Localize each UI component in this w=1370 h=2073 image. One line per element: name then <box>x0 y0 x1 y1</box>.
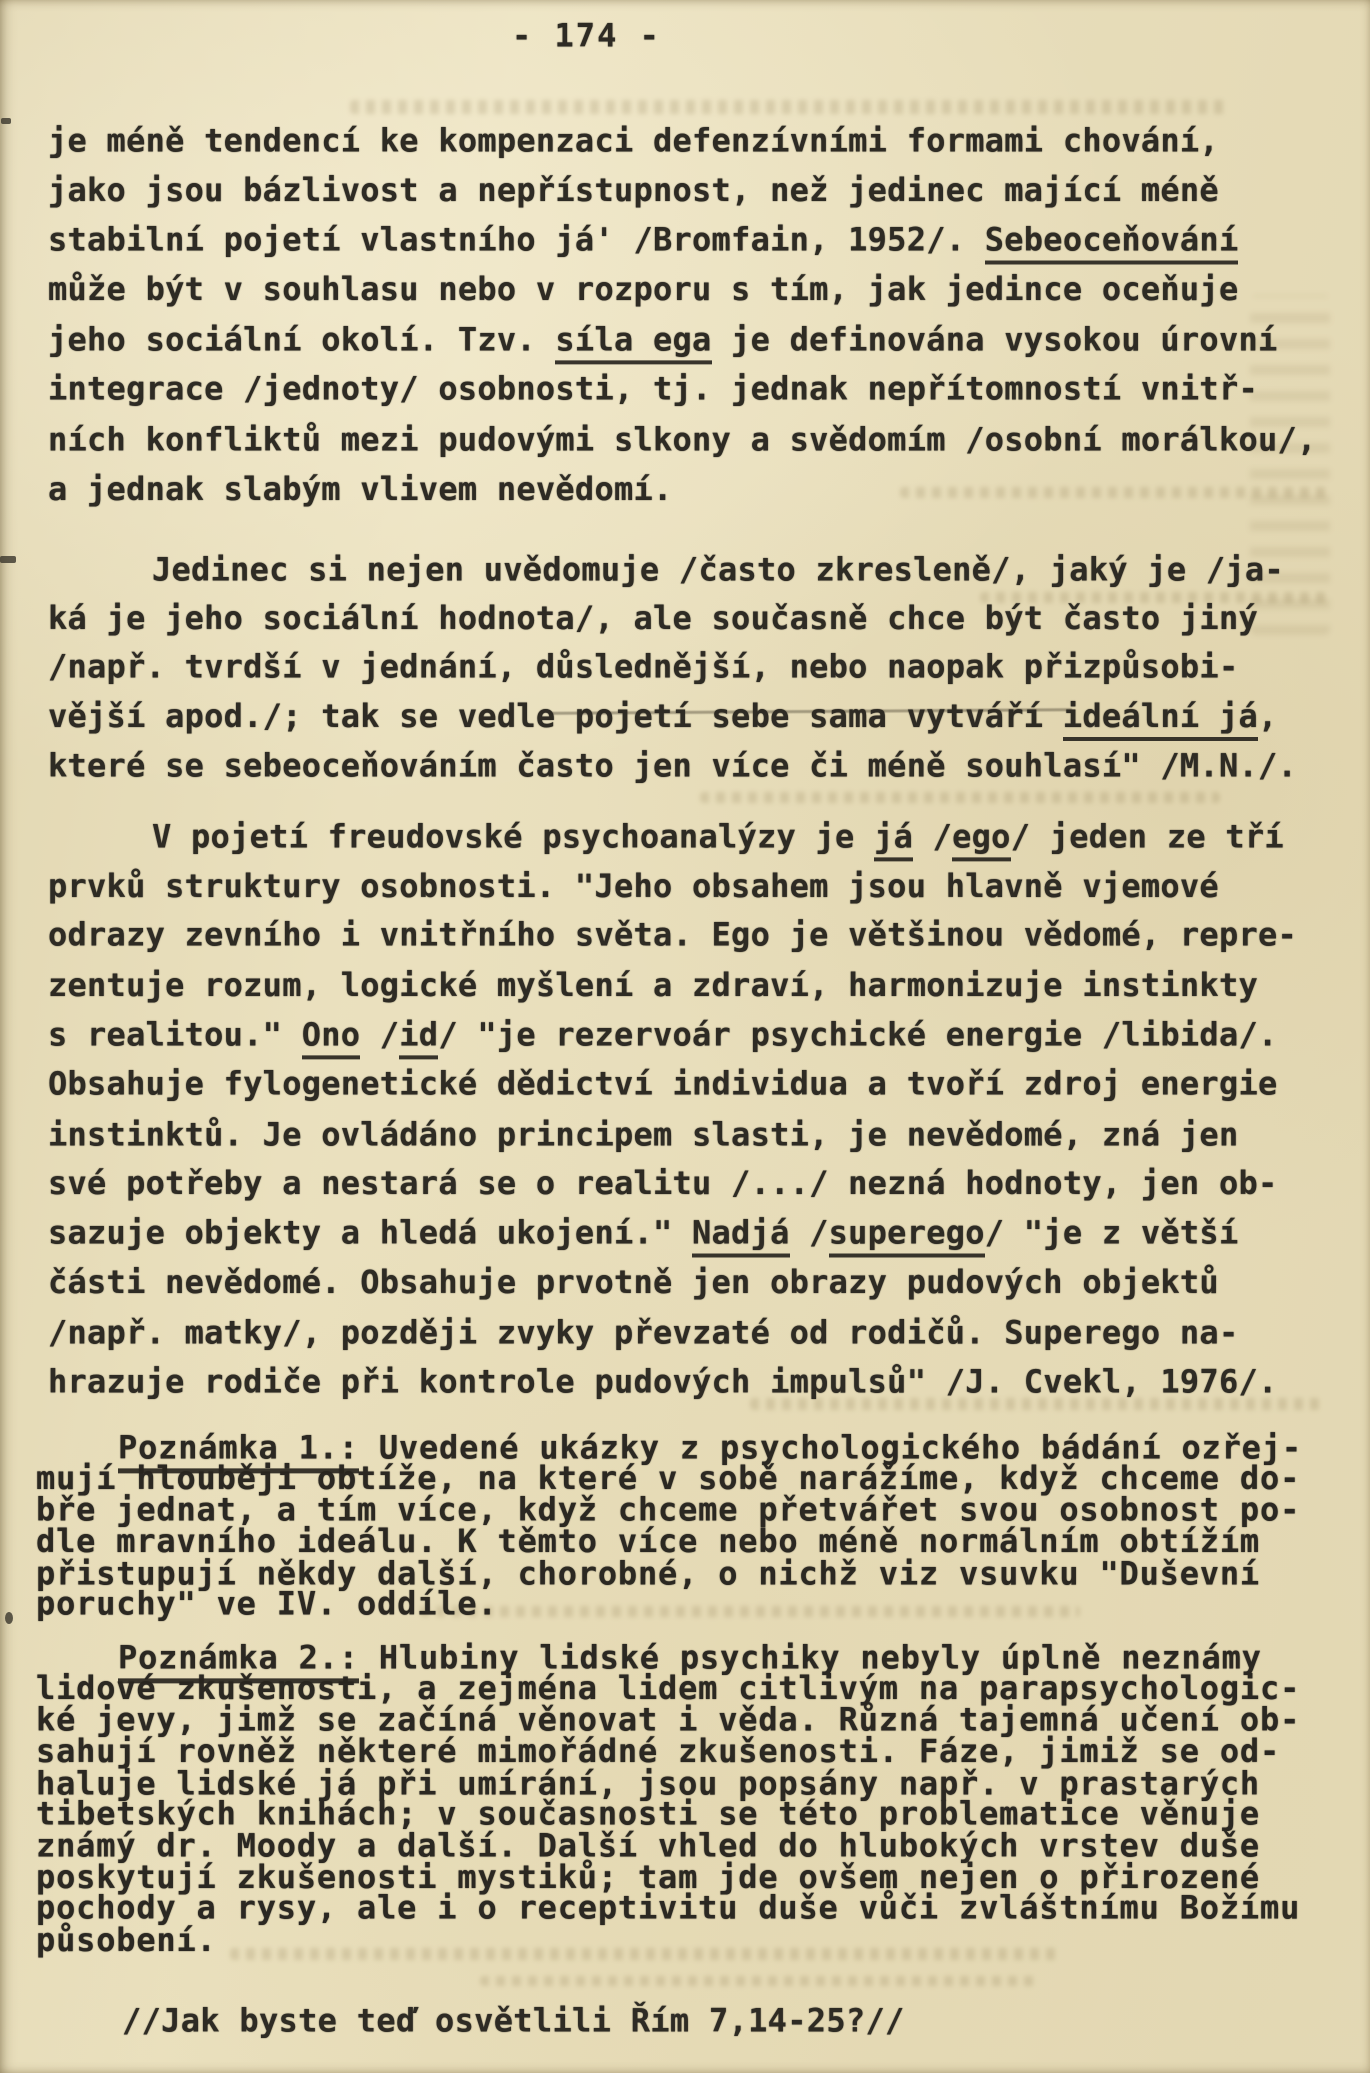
text-line: ních konfliktů mezi pudovými slkony a sv… <box>48 415 1317 465</box>
underlined-term: ideální já <box>1063 697 1258 741</box>
edge-mark <box>5 1612 13 1624</box>
text-line: jako jsou bázlivost a nepřístupnost, než… <box>48 166 1317 216</box>
text-segment: odrazy zevního i vnitřního světa. Ego je… <box>48 916 1297 954</box>
text-segment: známý dr. Moody a další. Další vhled do … <box>36 1827 1260 1865</box>
text-line: a jednak slabým vlivem nevědomí. <box>48 465 1317 515</box>
underlined-term: superego <box>829 1213 985 1257</box>
text-segment: //Jak byste teď osvětlili Řím 7,14-25?// <box>122 2001 905 2039</box>
text-segment: Obsahuje fylogenetické dědictví individu… <box>48 1064 1277 1102</box>
text-line: je méně tendencí ke kompenzaci defenzívn… <box>48 116 1317 166</box>
edge-mark <box>1 118 11 124</box>
text-line: pochody a rysy, ale i o receptivitu duše… <box>36 1893 1300 1924</box>
text-line: působení. <box>36 1925 1300 1956</box>
text-segment: ká je jeho sociální hodnota/, ale součas… <box>48 599 1258 637</box>
text-line: Jedinec si nejen uvědomuje /často zkresl… <box>48 545 1297 594</box>
text-segment: / <box>913 817 952 855</box>
text-segment: jeho sociální okolí. Tzv. <box>48 321 555 359</box>
text-segment: - 174 - <box>512 16 661 54</box>
text-line: dle mravního ideálu. K těmto více nebo m… <box>36 1526 1302 1557</box>
text-line: prvků struktury osobnosti. "Jeho obsahem… <box>48 862 1297 912</box>
paragraph-2: Jedinec si nejen uvědomuje /často zkresl… <box>48 545 1297 790</box>
bleed-through-smudge <box>700 792 1220 803</box>
text-segment: integrace /jednoty/ osobnosti, tj. jedna… <box>48 369 1258 407</box>
text-line: ká je jeho sociální hodnota/, ale součas… <box>48 594 1297 643</box>
text-line: sahují rovněž některé mimořádné zkušenos… <box>36 1736 1300 1767</box>
text-line: poruchy" ve IV. oddíle. <box>36 1589 1302 1620</box>
bleed-through-smudge <box>480 1976 1040 1986</box>
text-segment: může být v souhlasu nebo v rozporu s tím… <box>48 270 1238 308</box>
scanned-document-page: - 174 -je méně tendencí ke kompenzaci de… <box>0 0 1370 2073</box>
text-segment: je definována vysokou úrovní <box>712 321 1278 359</box>
text-segment: V pojetí freudovské psychoanalýzy je <box>152 817 874 855</box>
text-segment: jako jsou bázlivost a nepřístupnost, než… <box>48 171 1219 209</box>
text-segment: poruchy" ve IV. oddíle. <box>36 1585 498 1623</box>
underlined-term: Ono <box>302 1016 361 1060</box>
underlined-term: Sebeoceňování <box>985 220 1239 264</box>
text-line: Poznámka 1.: Uvedené ukázky z psychologi… <box>36 1432 1302 1463</box>
text-segment: hrazuje rodiče při kontrole pudových imp… <box>48 1362 1277 1400</box>
text-line: zentuje rozum, logické myšlení a zdraví,… <box>48 961 1297 1011</box>
text-segment: sazuje objekty a hledá ukojení." <box>48 1213 692 1251</box>
text-segment: bře jednat, a tím více, když chceme přet… <box>36 1490 1300 1528</box>
text-segment: / jeden ze tří <box>1011 817 1284 855</box>
text-line: s realitou." Ono /id/ "je rezervoár psyc… <box>48 1011 1297 1061</box>
text-segment: ních konfliktů mezi pudovými slkony a sv… <box>48 420 1317 458</box>
text-line: Poznámka 2.: Hlubiny lidské psychiky neb… <box>36 1642 1300 1673</box>
paragraph-3: V pojetí freudovské psychoanalýzy je já … <box>48 812 1297 1407</box>
text-line: jeho sociální okolí. Tzv. síla ega je de… <box>48 316 1317 366</box>
bleed-through-smudge <box>350 100 1230 114</box>
text-segment: /např. tvrdší v jednání, důslednější, ne… <box>48 648 1238 686</box>
underlined-term: Nadjá <box>692 1213 790 1257</box>
underlined-term: ego <box>952 817 1011 861</box>
text-segment: pochody a rysy, ale i o receptivitu duše… <box>36 1889 1300 1927</box>
text-segment: stabilní pojetí vlastního já' /Bromfain,… <box>48 220 985 258</box>
text-line: části nevědomé. Obsahuje prvotně jen obr… <box>48 1258 1297 1308</box>
note-2: Poznámka 2.: Hlubiny lidské psychiky neb… <box>36 1642 1300 1956</box>
text-line: stabilní pojetí vlastního já' /Bromfain,… <box>48 215 1317 265</box>
text-segment: instinktů. Je ovládáno principem slasti,… <box>48 1115 1238 1153</box>
text-segment: ké jevy, jimž se začíná věnovat i věda. … <box>36 1700 1300 1738</box>
text-segment: / "je rezervoár psychické energie /libid… <box>438 1016 1277 1054</box>
text-segment: / <box>790 1213 829 1251</box>
text-segment: prvků struktury osobnosti. "Jeho obsahem… <box>48 867 1219 905</box>
text-line: Obsahuje fylogenetické dědictví individu… <box>48 1059 1297 1109</box>
text-line: V pojetí freudovské psychoanalýzy je já … <box>48 812 1297 862</box>
text-segment: , <box>1258 697 1278 735</box>
underlined-term: Poznámka 2.: <box>118 1638 359 1683</box>
text-line: tibetských knihách; v současnosti se tét… <box>36 1799 1300 1830</box>
underlined-term: Poznámka 1.: <box>118 1428 359 1473</box>
text-segment: které se sebeoceňováním často jen více č… <box>48 746 1297 784</box>
text-line: /např. tvrdší v jednání, důslednější, ne… <box>48 643 1297 692</box>
text-line: integrace /jednoty/ osobnosti, tj. jedna… <box>48 364 1317 414</box>
paragraph-1: je méně tendencí ke kompenzaci defenzívn… <box>48 116 1317 514</box>
text-segment: Jedinec si nejen uvědomuje /často zkresl… <box>152 550 1284 588</box>
text-line: které se sebeoceňováním často jen více č… <box>48 741 1297 790</box>
text-segment: a jednak slabým vlivem nevědomí. <box>48 470 673 508</box>
text-segment: s realitou." <box>48 1016 302 1054</box>
text-segment: /např. matky/, později zvyky převzaté od… <box>48 1313 1238 1351</box>
text-line: /např. matky/, později zvyky převzaté od… <box>48 1308 1297 1358</box>
text-line: bře jednat, a tím více, když chceme přet… <box>36 1494 1302 1525</box>
text-line: ké jevy, jimž se začíná věnovat i věda. … <box>36 1704 1300 1735</box>
text-segment: / "je z větší <box>985 1213 1239 1251</box>
text-line: může být v souhlasu nebo v rozporu s tím… <box>48 265 1317 315</box>
text-segment: Uvedené ukázky z psychologického bádání … <box>359 1428 1302 1466</box>
text-line: - 174 - <box>512 13 661 57</box>
text-line: vější apod./; tak se vedle pojetí sebe s… <box>48 692 1297 741</box>
text-line: své potřeby a nestará se o realitu /.../… <box>48 1159 1297 1209</box>
edge-mark <box>0 556 16 563</box>
page-number: - 174 - <box>512 13 661 57</box>
underlined-term: síla ega <box>555 321 711 365</box>
text-segment: své potřeby a nestará se o realitu /.../… <box>48 1164 1277 1202</box>
text-line: známý dr. Moody a další. Další vhled do … <box>36 1831 1300 1862</box>
text-segment: je méně tendencí ke kompenzaci defenzívn… <box>48 121 1219 159</box>
text-segment: vější apod./; tak se vedle pojetí sebe s… <box>48 697 1063 735</box>
note-1: Poznámka 1.: Uvedené ukázky z psychologi… <box>36 1432 1302 1620</box>
closing-question: //Jak byste teď osvětlili Řím 7,14-25?// <box>122 1998 905 2042</box>
text-line: //Jak byste teď osvětlili Řím 7,14-25?// <box>122 1998 905 2042</box>
underlined-term: já <box>874 817 913 861</box>
text-segment: zentuje rozum, logické myšlení a zdraví,… <box>48 966 1258 1004</box>
text-line: hrazuje rodiče při kontrole pudových imp… <box>48 1357 1297 1407</box>
text-segment: části nevědomé. Obsahuje prvotně jen obr… <box>48 1263 1219 1301</box>
text-segment: Hlubiny lidské psychiky nebyly úplně nez… <box>359 1638 1262 1676</box>
underlined-term: id <box>399 1016 438 1060</box>
text-line: sazuje objekty a hledá ukojení." Nadjá /… <box>48 1208 1297 1258</box>
text-line: odrazy zevního i vnitřního světa. Ego je… <box>48 911 1297 961</box>
text-line: instinktů. Je ovládáno principem slasti,… <box>48 1110 1297 1160</box>
text-segment: / <box>360 1016 399 1054</box>
